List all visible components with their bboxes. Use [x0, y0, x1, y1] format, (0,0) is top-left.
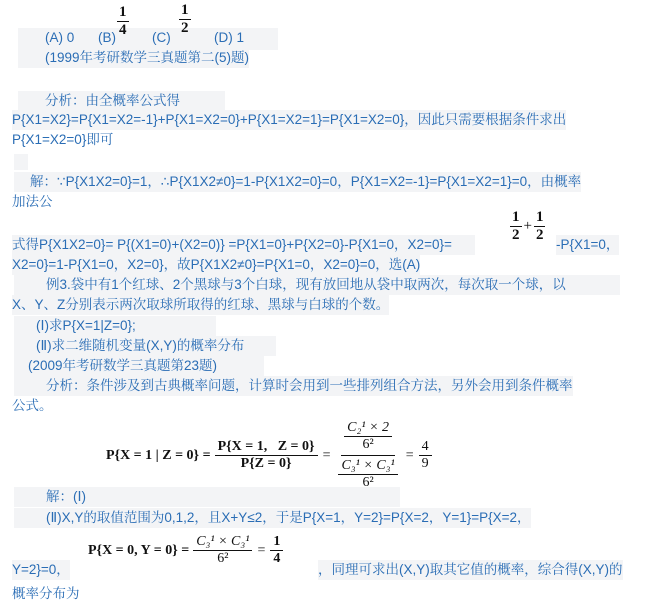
analysis-1-heading: 分析：由全概率公式得	[18, 91, 225, 111]
option-d: (D) 1	[214, 28, 244, 48]
solution-1-line4: X2=0}=1-P{X1=0，X2=0}，故P{X1X2≠0}=P{X1=0，X…	[12, 255, 420, 275]
option-c: (C)	[152, 28, 171, 48]
analysis-1-line2: P{X1=X2=0}即可	[12, 130, 113, 150]
blank-band	[14, 154, 28, 170]
conditional-probability-equation: P{X = 1 | Z = 0} = P{X = 1, Z = 0} P{Z =…	[106, 420, 432, 491]
example-3-line1: 例3.袋中有1个红球、2个黑球与3个白球，现有放回地从袋中取两次，每次取一个球，…	[14, 275, 620, 295]
solution-1-line2: 加法公	[12, 192, 53, 212]
solution-2-part1: 解：(Ⅰ)	[14, 487, 400, 507]
source-2009: (2009年考研数学三真题第23题)	[14, 356, 264, 376]
half-plus-half: 12 + 12	[510, 209, 545, 244]
joint-probability-equation: P{X = 0, Y = 0} = C₃¹ × C₃¹ 6² = 1 4	[88, 534, 283, 567]
solution-2-part2: (Ⅱ)X,Y的取值范围为0,1,2，且X+Y≤2，于是P{X=1，Y=2}=P{…	[14, 508, 531, 528]
solution-2-line3: Y=2}=0，	[12, 560, 70, 580]
solution-2-line3-post: ，同理可求出(X,Y)取其它值的概率，综合得(X,Y)的	[318, 560, 623, 580]
option-b-fraction: 1 4	[117, 4, 129, 39]
example-3-part2: (Ⅱ)求二维随机变量(X,Y)的概率分布	[14, 336, 276, 356]
analysis-2-line1: 分析：条件涉及到古典概率问题，计算时会用到一些排列组合方法，另外会用到条件概率	[14, 376, 573, 396]
option-b: (B)	[98, 28, 116, 48]
solution-1-line3-post: -P{X1=0，	[556, 235, 619, 255]
analysis-2-line2: 公式。	[12, 396, 53, 416]
option-c-fraction: 1 2	[179, 2, 191, 37]
option-a: (A) 0	[45, 28, 74, 48]
source-1999: (1999年考研数学三真题第二(5)题)	[18, 48, 249, 68]
solution-2-line4: 概率分布为	[12, 584, 80, 604]
solution-1-line3: 式得P{X1X2=0}= P{(X1=0)+(X2=0)} =P{X1=0}+P…	[12, 235, 475, 255]
example-3-part1: (Ⅰ)求P{X=1|Z=0};	[14, 316, 216, 336]
solution-1-line1: 解：∵P{X1X2=0}=1，∴P{X1X2≠0}=1-P{X1X2=0}=0，…	[14, 172, 581, 192]
example-3-line2: X、Y、Z分别表示两次取球所取得的红球、黑球与白球的个数。	[12, 295, 389, 315]
analysis-1-line1: P{X1=X2}=P{X1=X2=-1}+P{X1=X2=0}+P{X1=X2=…	[12, 110, 566, 130]
